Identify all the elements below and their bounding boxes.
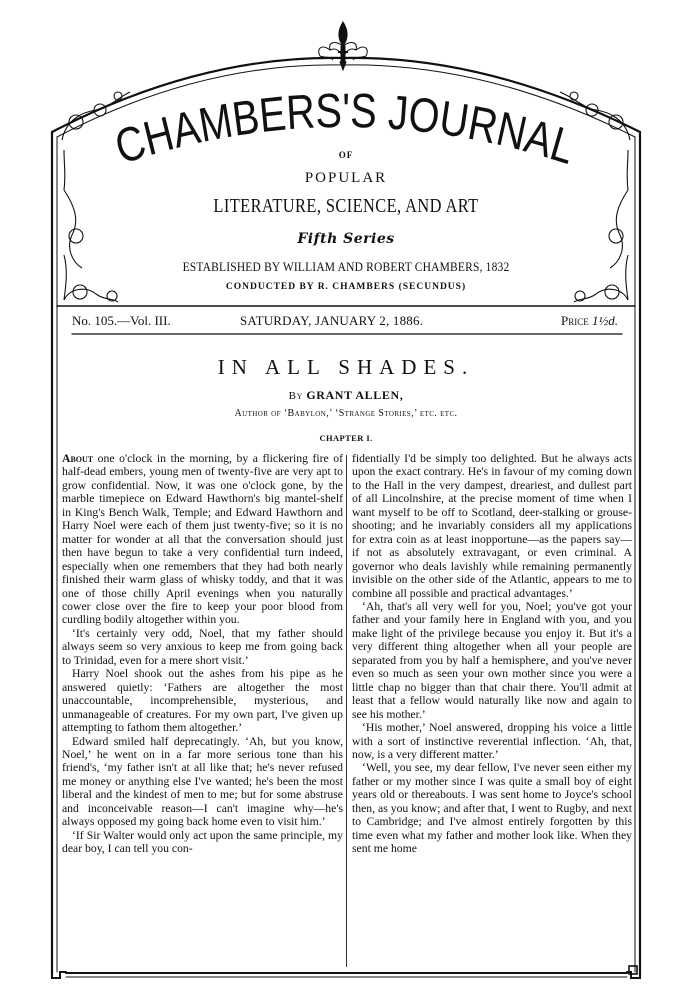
paragraph: ‘Ah, that's all very well for you, Noel;… (352, 600, 632, 721)
issue-price: Price 1½d. (561, 313, 618, 329)
masthead-of: OF (52, 150, 640, 160)
paragraph: ‘If Sir Walter would only act upon the s… (62, 829, 343, 856)
paragraph-lead: About (62, 452, 93, 465)
paragraph: ‘Well, you see, my dear fellow, I've nev… (352, 761, 632, 855)
paragraph: Edward smiled half deprecatingly. ‘Ah, b… (62, 735, 343, 829)
paragraph: ‘His mother,’ Noel answered, dropping hi… (352, 721, 632, 761)
byline-author: GRANT ALLEN, (306, 388, 403, 402)
paragraph: Harry Noel shook out the ashes from his … (62, 667, 343, 734)
paragraph: fidentially I'd be simply too delighted.… (352, 452, 632, 600)
issue-number-volume: No. 105.—Vol. III. (72, 313, 171, 329)
price-label: Price (561, 313, 589, 328)
article-title: IN ALL SHADES. (52, 355, 640, 380)
masthead-series: Fifth Series (52, 231, 640, 247)
paragraph: ‘It's certainly very odd, Noel, that my … (62, 627, 343, 667)
text-column-right: fidentially I'd be simply too delighted.… (352, 452, 632, 856)
title-left: CHAMBERS'S (109, 83, 377, 174)
masthead-conducted: CONDUCTED BY R. CHAMBERS (SECUNDUS) (52, 282, 640, 292)
masthead-established: ESTABLISHED BY WILLIAM AND ROBERT CHAMBE… (76, 260, 617, 275)
masthead-popular: POPULAR (52, 170, 640, 187)
column-divider (346, 455, 347, 967)
issue-date: SATURDAY, JANUARY 2, 1886. (240, 313, 423, 329)
article-byline: By GRANT ALLEN, (52, 388, 640, 403)
svg-text:CHAMBERS'S JOURNAL: CHAMBERS'S JOURNAL (109, 83, 581, 174)
price-value: 1½d. (592, 313, 618, 328)
byline-prefix: By (289, 390, 303, 402)
paragraph: About one o'clock in the morning, by a f… (62, 452, 343, 627)
issue-info-bar: No. 105.—Vol. III. SATURDAY, JANUARY 2, … (70, 313, 622, 331)
text-column-left: About one o'clock in the morning, by a f… (62, 452, 343, 856)
title-right: JOURNAL (387, 84, 581, 174)
masthead-subject: LITERATURE, SCIENCE, AND ART (105, 195, 587, 218)
chapter-heading: CHAPTER I. (52, 433, 640, 443)
author-credits: Author of ‘Babylon,’ ‘Strange Stories,’ … (52, 408, 640, 419)
